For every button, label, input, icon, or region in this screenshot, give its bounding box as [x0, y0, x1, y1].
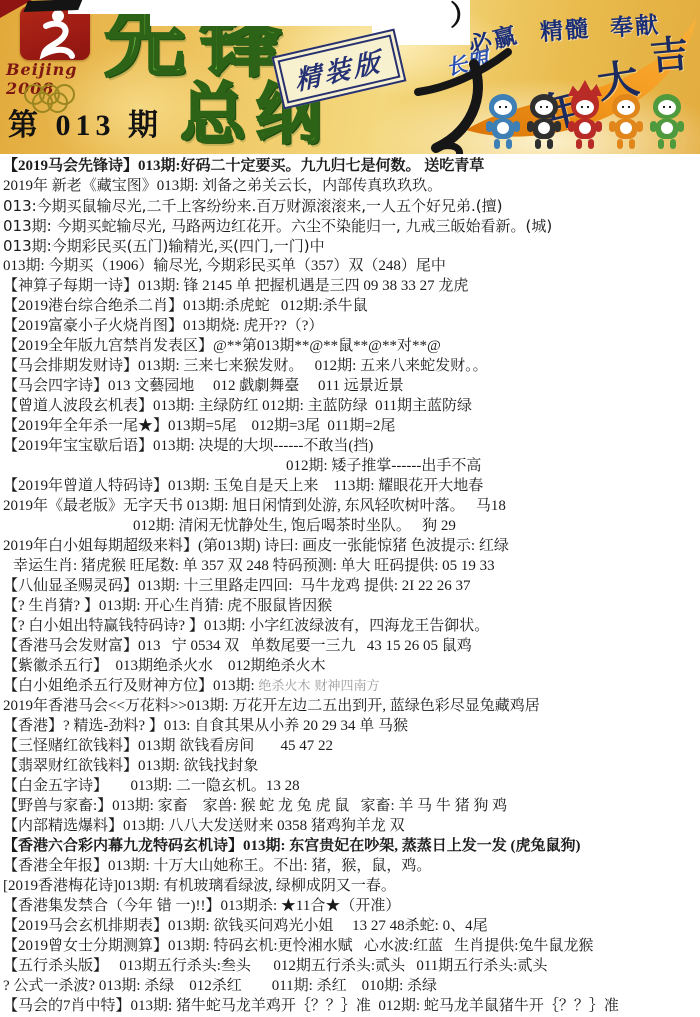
text-line: 2019年《最老版》无字天书 013期: 旭日闲情到处游, 东风轻吹树叶落。 马… — [3, 496, 700, 516]
text-line: 【香港】? 精选-劲料? 】013: 自食其果从小养 20 29 34 单 马猴 — [3, 716, 700, 736]
text-line: 【香港马会发财富】013 宁 0534 双 单数尾要一三九 43 15 26 0… — [3, 636, 700, 656]
mascot-jingjing — [527, 92, 561, 152]
edition-badge-label: 精装版 — [294, 40, 385, 97]
text-line: 013期:今期彩民买(五门)输精光,买(四门,一门)中 — [3, 236, 700, 256]
text-line: 【马会的7肖中特】013期: 猪牛蛇马龙羊鸡开｛？？｝准 012期: 蛇马龙羊鼠… — [3, 996, 700, 1016]
text-line: 2019年 新老《藏宝图》013期: 刘备之弟关云长，内部传真玖玖玖。 — [3, 176, 700, 196]
text-line: 【? 生肖猜? 】013期: 开心生肖猜: 虎不服鼠皆因猴 — [3, 596, 700, 616]
text-line: 【2019全年版九宫禁肖发表区】@**第013期**@**鼠**@**对**@ — [3, 336, 700, 356]
mascot-nini — [650, 92, 684, 152]
text-line: ? 公式一杀波? 013期: 杀绿 012杀红 011期: 杀红 010期: 杀… — [3, 976, 700, 996]
mascot-row — [486, 92, 684, 152]
mascot-yingying — [609, 92, 643, 152]
content-lines: 【2019马会先锋诗】013期:好码二十定要买。九九归七是何数。 送吃青草201… — [0, 155, 700, 1016]
text-line: 【2019年宝宝歇后语】013期: 决堤的大坝------不敢当(挡) — [3, 436, 700, 456]
text-line: 【香港六合彩内幕九龙特码玄机诗】013期: 东宫贵妃在吵架, 蒸蒸日上发一发 (… — [3, 836, 700, 856]
text-line: 013:今期买鼠输尽光,二千上客纷纷来.百万财源滚滚来,一人五个好兄弟.(擅) — [3, 196, 700, 216]
mascot-beibei — [486, 92, 520, 152]
text-line: 012期: 清闲无忧静处生, 饱后喝茶时坐队。 狗 29 — [3, 516, 700, 536]
text-line: 【三怪赌红欲钱料】013期 欲钱看房间 45 47 22 — [3, 736, 700, 756]
text-line: 【2019曾女士分期测算】013期: 特码玄机:更怜湘水赋 心水波:红蓝 生肖提… — [3, 936, 700, 956]
text-line: 【? 白小姐出特赢钱特码诗? 】013期: 小字红波绿波有，四海龙王告御状。 — [3, 616, 700, 636]
text-line: 【翡翠财红欲钱料】013期: 欲钱找封象 — [3, 756, 700, 776]
black-wedge — [23, 0, 82, 12]
text-line: 幸运生肖: 猪虎猴 旺尾数: 单 357 双 248 特码预测: 单大 旺码提供… — [3, 556, 700, 576]
mascot-huanhuan — [568, 92, 602, 152]
text-line: 【曾道人波段玄机表】013期: 主绿防红 012期: 主蓝防绿 011期主蓝防绿 — [3, 396, 700, 416]
text-line: 【2019年曾道人特码诗】013期: 玉兔自是天上来 113期: 耀眼花开大地春 — [3, 476, 700, 496]
text-line: 【五行杀头版】 013期五行杀头:叁头 012期五行杀头:贰头 011期五行杀头… — [3, 956, 700, 976]
text-line: 【马会排期发财诗】013期: 三来七来猴发财。 012期: 五来八来蛇发财。。 — [3, 356, 700, 376]
text-line: 013期: 今期买蛇输尽光, 马路两边红花开。六尘不染能归一, 九戒三皈始看新。… — [3, 216, 700, 236]
text-line: 012期: 矮子推掌------出手不高 — [3, 456, 700, 476]
text-line: [2019香港梅花诗]013期: 有机玻璃看绿波, 绿柳成阴又一春。 — [3, 876, 700, 896]
text-line: 【白小姐绝杀五行及财神方位】013期: 绝杀火木 财神四南方 — [3, 676, 700, 696]
text-line: 【2019马会玄机排期表】013期: 欲钱买问鸡光小姐 13 27 48杀蛇: … — [3, 916, 700, 936]
text-line: 【八仙显圣赐灵码】013期: 十三里路走四回: 马牛龙鸡 提供: 2I 22 2… — [3, 576, 700, 596]
text-line: 【2019富豪小子火烧肖图】013期烧: 虎开??（?） — [3, 316, 700, 336]
text-line: 【紫徽杀五行】 013期绝杀火水 012期绝杀火木 — [3, 656, 700, 676]
issue-number: 第 013 期 — [8, 100, 163, 144]
text-line: 【2019马会先锋诗】013期:好码二十定要买。九九归七是何数。 送吃青草 — [3, 156, 700, 176]
text-line: 【马会四字诗】013 文藝园地 012 戯劇舞臺 011 远景近景 — [3, 376, 700, 396]
text-line: 【2019年全年杀一尾★】013期=5尾 012期=3尾 011期=2尾 — [3, 416, 700, 436]
text-line: 【香港集发禁合（今年 错 一)!!】013期杀: ★11合★（开准） — [3, 896, 700, 916]
text-line: 【2019港台综合绝杀二肖】013期:杀虎蛇 012期:杀牛鼠 — [3, 296, 700, 316]
text-line: 【内部精选爆料】013期: 八八大发送财来 0358 猪鸡狗羊龙 双 — [3, 816, 700, 836]
text-line: 【神算子每期一诗】013期: 锋 2145 单 把握机遇是三四 09 38 33… — [3, 276, 700, 296]
luck-char-ji: 吉 — [648, 22, 691, 80]
lottery-tip-sheet: Beijing 2008 第 013 期 先锋 总纲 ） 精装版 必赢 精髓 奉… — [0, 0, 700, 1017]
text-line: 【野兽与家畜:】013期: 家畜 家兽: 猴 蛇 龙 兔 虎 鼠 家畜: 羊 马… — [3, 796, 700, 816]
text-line: 2019年白小姐每期超级来料】(第013期) 诗曰: 画皮一张能惊猪 色波提示:… — [3, 536, 700, 556]
masthead: Beijing 2008 第 013 期 先锋 总纲 ） 精装版 必赢 精髓 奉… — [0, 0, 700, 154]
text-line: 【香港全年报】013期: 十万大山她称王。不出: 猪，猴，鼠，鸡。 — [3, 856, 700, 876]
text-line: 2019年香港马会<<万花料>>013期: 万花开左边二五出到开, 蓝绿色彩尽显… — [3, 696, 700, 716]
text-line: 013期: 今期买（1906）输尽光, 今期彩民买单（357）双（248）尾中 — [3, 256, 700, 276]
text-line: 【白金五字诗】 013期: 二一隐玄机。13 28 — [3, 776, 700, 796]
